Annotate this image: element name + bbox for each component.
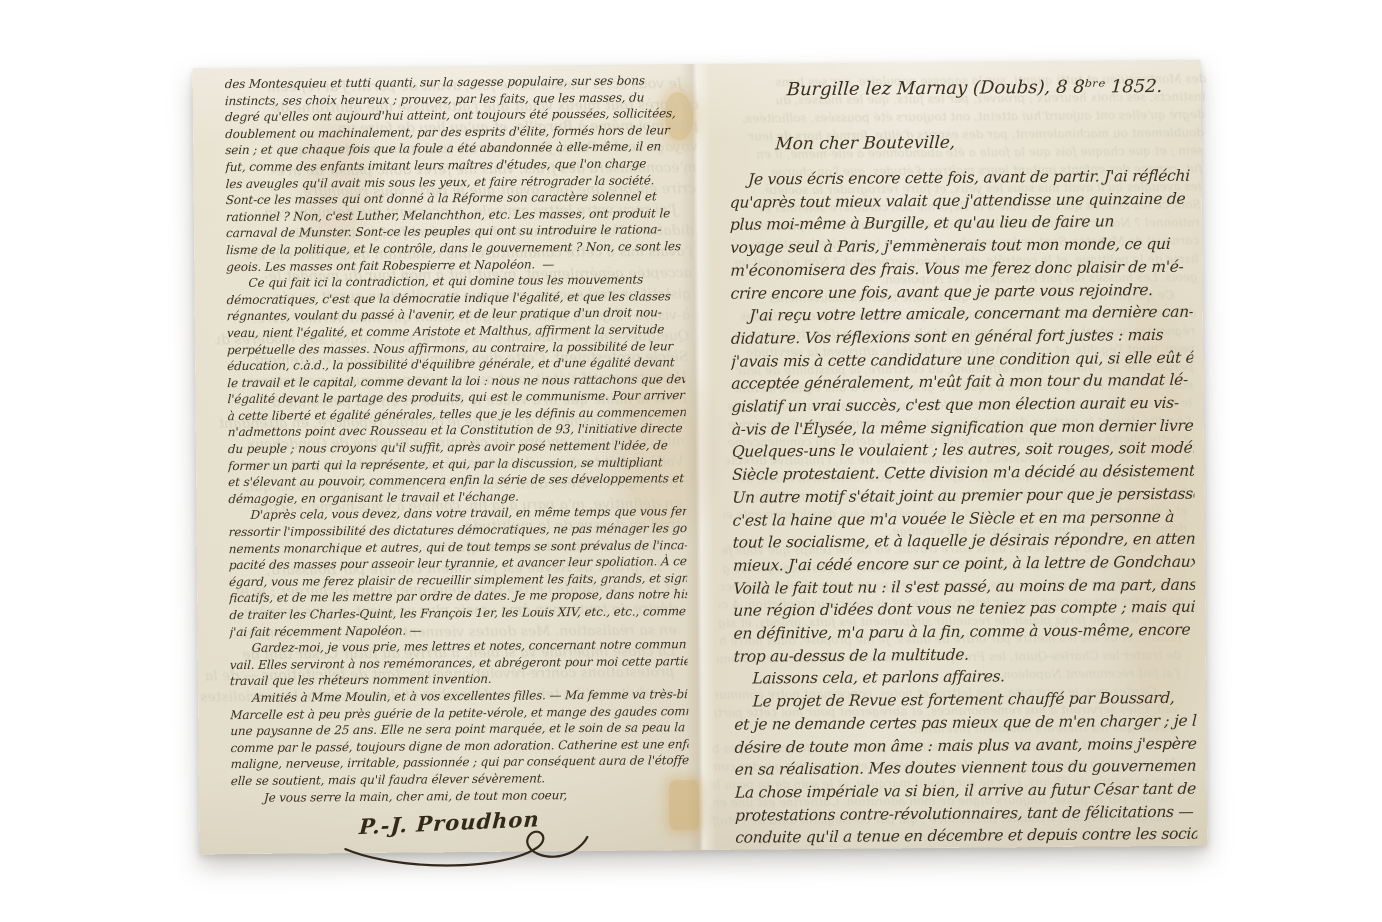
handwritten-line: Un autre motif s'était joint au premier … (732, 483, 1195, 510)
right-page-text: Burgille lez Marnay (Doubs), 8 8ᵇʳᵉ 1852… (729, 60, 1198, 850)
left-page-lines: des Montesquieu et tutti quanti, sur la … (225, 72, 689, 806)
salutation: Mon cher Bouteville, (775, 131, 1192, 155)
letter-page-left: Je vous écris encore cette fois, avant d… (193, 64, 702, 854)
left-page-text: des Montesquieu et tutti quanti, sur la … (225, 72, 690, 866)
letter-sheet: Je vous écris encore cette fois, avant d… (193, 60, 1208, 855)
handwritten-line: Je vous serre la main, cher ami, de tout… (231, 786, 690, 807)
right-page-lines: Je vous écris encore cette fois, avant d… (729, 165, 1197, 850)
handwritten-line: conduite qu'il a tenue en décembre et de… (735, 823, 1198, 850)
letter-page-right: des Montesquieu et tutti quanti, sur la … (709, 60, 1208, 850)
handwritten-line: m'économisera des frais. Vous me ferez d… (730, 256, 1193, 283)
dateline: Burgille lez Marnay (Doubs), 8 8ᵇʳᵉ 1852… (786, 76, 1187, 101)
signature-block: P.-J. Proudhon (231, 806, 689, 866)
photo-background: Je vous écris encore cette fois, avant d… (0, 0, 1382, 922)
